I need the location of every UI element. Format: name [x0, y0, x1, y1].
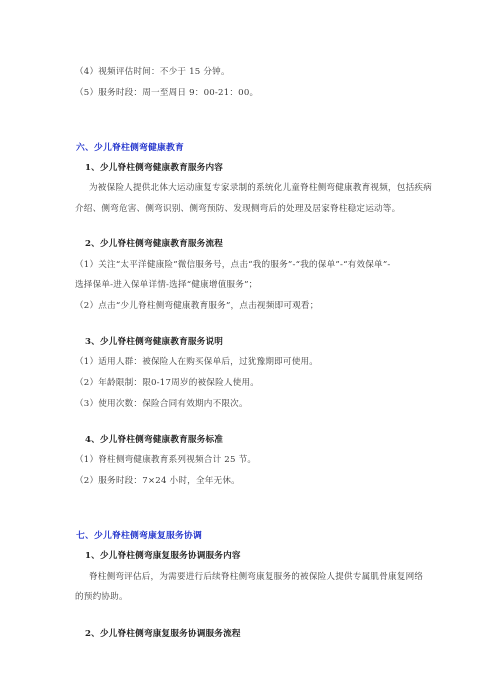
video-assessment-time: （4）视频评估时间：不少于 15 分钟。 [75, 66, 230, 78]
section-6-4-item2: （2）服务时段：7×24 小时，全年无休。 [75, 475, 240, 487]
section-6-2-heading: 2、少儿脊柱侧弯健康教育服务流程 [85, 238, 223, 250]
section-7-1-paragraph-line1: 脊柱侧弯评估后，为需要进行后续脊柱侧弯康复服务的被保险人提供专属肌骨康复网络 [89, 571, 423, 583]
section-6-1-paragraph-line2: 介绍、侧弯危害、侧弯识别、侧弯预防、发现侧弯后的处理及居家脊柱稳定运动等。 [75, 203, 400, 215]
section-6-3-heading: 3、少儿脊柱侧弯健康教育服务说明 [85, 336, 223, 348]
section-7-1-paragraph-line2: 的预约协助。 [75, 591, 128, 603]
document-page: （4）视频评估时间：不少于 15 分钟。 （5）服务时段：周一至周日 9：00-… [0, 0, 495, 700]
section-7-2-heading: 2、少儿脊柱侧弯康复服务协调服务流程 [85, 628, 241, 640]
section-6-2-step1-line1: （1）关注“太平洋健康险”微信服务号，点击“我的服务”-“我的保单”-“有效保单… [75, 259, 391, 271]
section-6-4-heading: 4、少儿脊柱侧弯健康教育服务标准 [85, 434, 223, 446]
section-6-3-item1: （1）适用人群：被保险人在购买保单后，过犹豫期即可使用。 [75, 356, 318, 368]
section-6-2-step1-line2: 选择保单-进入保单详情-选择“健康增值服务”； [75, 279, 257, 291]
section-6-4-item1: （1）脊柱侧弯健康教育系列视频合计 25 节。 [75, 454, 256, 466]
section-6-2-step2: （2）点击“少儿脊柱侧弯健康教育服务”，点击视频即可观看； [75, 300, 319, 312]
section-6-3-item3: （3）使用次数：保险合同有效期内不限次。 [75, 398, 248, 410]
section-6-1-heading: 1、少儿脊柱侧弯健康教育服务内容 [85, 162, 223, 174]
section-6-3-item2: （2）年龄限制：限0-17周岁的被保险人使用。 [75, 377, 259, 389]
section-6-1-paragraph-line1: 为被保险人提供北体大运动康复专家录制的系统化儿童脊柱侧弯健康教育视频，包括疾病 [89, 182, 432, 194]
section-7-heading: 七、少儿脊柱侧弯康复服务协调 [76, 530, 202, 542]
service-hours: （5）服务时段：周一至周日 9：00-21：00。 [75, 87, 258, 99]
section-7-1-heading: 1、少儿脊柱侧弯康复服务协调服务内容 [85, 550, 241, 562]
section-6-heading: 六、少儿脊柱侧弯健康教育 [76, 142, 184, 154]
